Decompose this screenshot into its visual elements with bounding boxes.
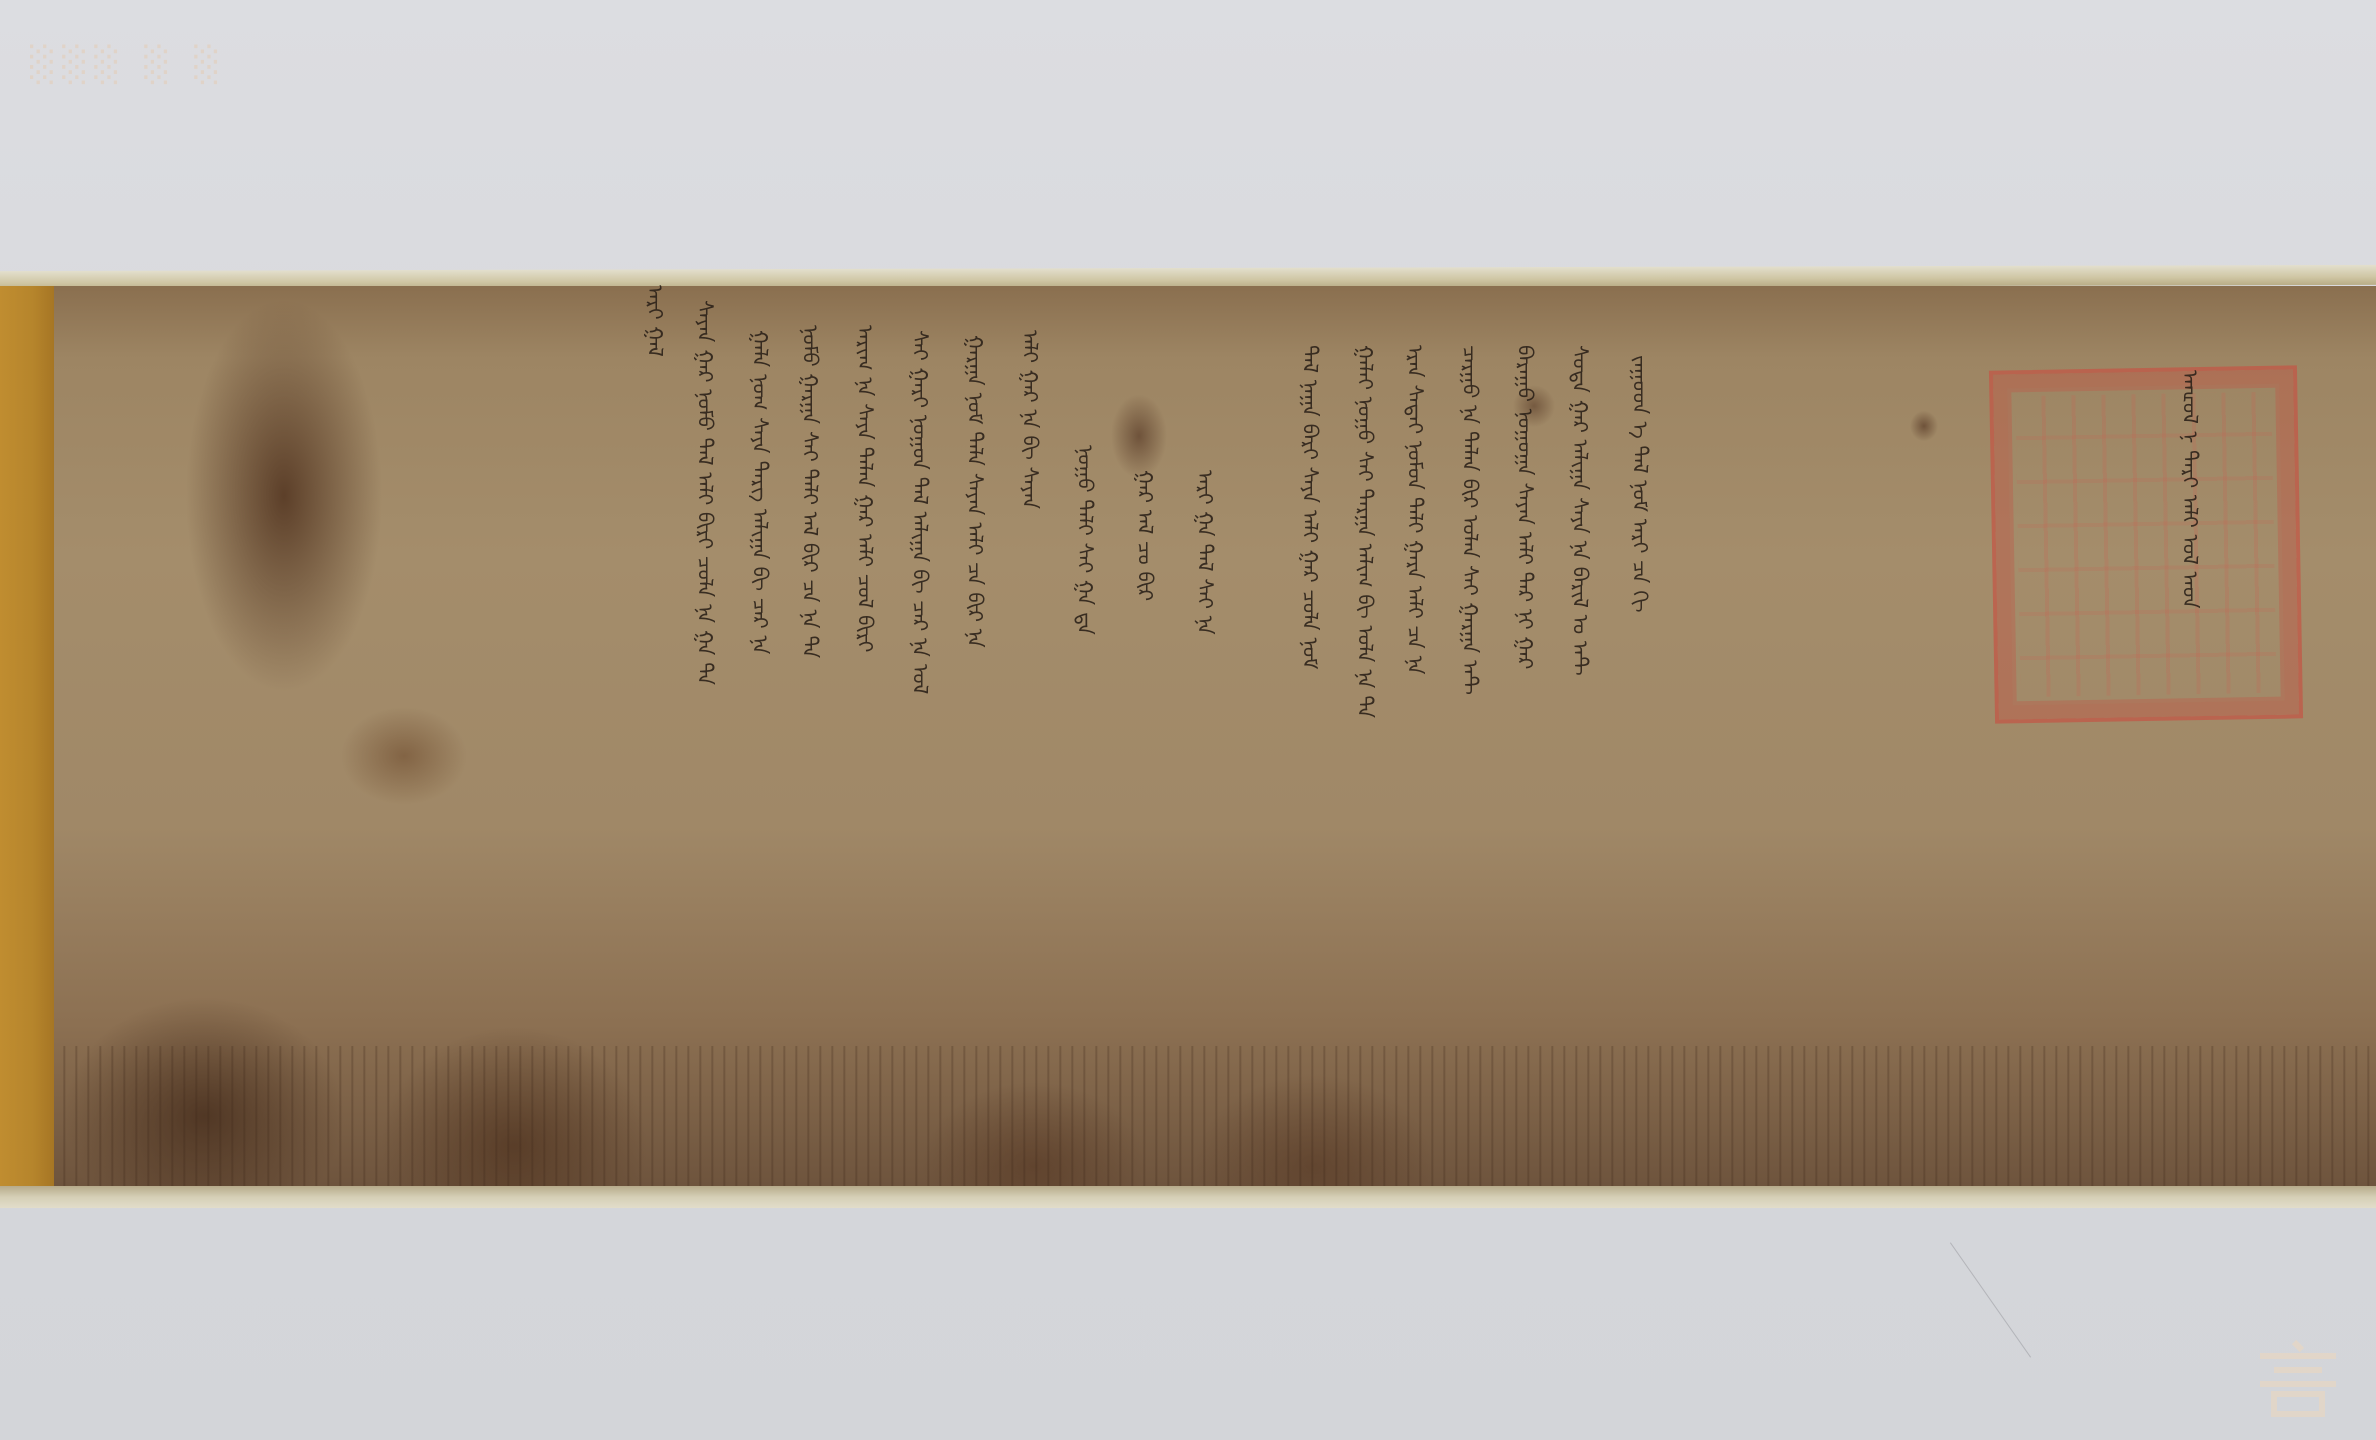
- script-column: ᠨᠣᠮᠤ ᠭᠠᠷᠭᠠ ᠰᠠᠶ ᠳᠠᠯᠢ ᠠᠯ ᠪᠢᠷ ᠴᠠ ᠨᠡ ᠲᠠ: [799, 325, 820, 1135]
- script-column: ᠭᠠᠷ ᠠᠯ ᠴᠤ ᠪᠢᠷ: [1134, 470, 1155, 890]
- script-column: ᠠᡅᠤᠯ ᠨ ᠲᠠᠷᠢ ᠠᠯᠢ ᠤᠯ ᠠᠳ: [2179, 370, 2200, 930]
- script-column: ᠳᠠᠯ ᠨᠠᠭᠠ ᠪᠠᠷᠢ ᠰᠠᠶᠡ ᠠᠯᠢ ᠭᠠᠷ ᠴᠤᠯᠠ ᠨᠣᠮ: [1299, 345, 1320, 1135]
- watermark-top-left: ░░░ ░ ░: [30, 45, 226, 85]
- script-column: ᠰᠣᠳᠠ ᠭᠠᠷ ᠠᠯᠢᠭᠠ ᠰᠠᠶᠠ ᠨᠡ ᠪᠠᠷᠢᠯ ᠣ ᠠᠲ: [1569, 345, 1590, 1085]
- script-column: ᠵᠠᠭᠤᠳ ᠡ ᠳᠠᠯ ᠨᠣᠮ ᠠᠷᠢ ᠴᠠ ᠭᠢ: [1629, 355, 1650, 965]
- script-column: ᠡᠷᠡᠨ ᠰᠡᠳᠡᠶ ᠨᠣᠮᠤᠨ ᠲᠠᠯᠢ ᠭᠠᠷᠠ ᠠᠯᠢ ᠴᠠ ᠨᠡ: [1404, 345, 1425, 1135]
- script-column: ᠠᠯᠢ ᠭᠠᠷ ᠨᠡ ᠪᠢ ᠰᠠᠶᠡᠨ: [1019, 330, 1040, 930]
- script-column: ᠠᠷᠢ ᠭᠠ ᠳᠠᠯ ᠰᠠᠶ ᠨᠡ: [1194, 470, 1215, 900]
- scroll-bottom-edge: [0, 1186, 2376, 1208]
- script-column: ᠭᠠᠯᠠᠶ ᠨᠣᠭᠤ ᠰᠠᠶ ᠳᠠᠷᠭᠠ ᠠᠯᠢᠭ ᠪᠢ ᠣᠯᠠ ᠨᠡ ᠲᠠ: [1354, 345, 1375, 1145]
- seal-script-pattern: [2015, 392, 2276, 697]
- script-column: ᠴᠠᠷᠭᠤ ᠨᠠ ᠳᠠᠯᠠᠨ ᠪᠢᠷ ᠣᠯᠠᠨ ᠰᠠᠶ ᠭᠠᠷᠭᠠ ᠠᠲ: [1459, 345, 1480, 1125]
- script-column: ᠠᠷᠢᠭ ᠨᠠ ᠰᠠᠶᠡ ᠳᠠᠯᠠᠨ ᠭᠠᠷ ᠠᠯᠢ ᠴᠤᠯ ᠪᠢᠷᠢ: [854, 325, 875, 1125]
- script-column: ᠪᠠᠷᠡᠭᠣ ᠨᠣᠭᠤᠭᠠ ᠰᠠᠶᠡᠨ ᠠᠯᠢ ᠲᠠᠷ ᠨᠢ ᠭᠠᠷ: [1514, 345, 1535, 1105]
- silk-mounting-border: [0, 286, 54, 1186]
- script-column: ᠨᠣᠭᠤ ᠲᠠᠯᠢ ᠰᠠᠶ ᠭᠠ ᠳᠠ: [1074, 445, 1095, 945]
- script-column: ᠭᠠᠷᠭᠠ ᠨᠣᠮ ᠳᠠᠯᠠ ᠰᠠᠶᠡᠨ ᠠᠯᠢ ᠴᠠ ᠪᠢᠷ ᠨᠡ: [964, 335, 985, 1095]
- script-column: ᠰᠠᠶ ᠭᠠᠷᠢ ᠨᠣᠭᠤᠨ ᠳᠠᠯ ᠠᠯᠢᠭᠠ ᠪᠢ ᠴᠠᠷ ᠨᠡ ᠣᠯ: [909, 330, 930, 1120]
- script-column: ᠰᠠᠶᠡᠨ ᠭᠠᠷ ᠨᠣᠮᠤ ᠳᠠᠯ ᠠᠯᠢ ᠪᠢᠷᠢ ᠴᠤᠯᠠ ᠨᠡ ᠭᠠ ᠲ…: [694, 300, 715, 1200]
- red-seal-stamp: [1989, 365, 2303, 723]
- watermark-yan-icon: [2250, 1338, 2346, 1418]
- script-column: ᠭᠠᠯᠠ ᠨᠣᠭ ᠰᠠᠶᠡ ᠳᠠᠷᠭ ᠠᠯᠢᠭᠠ ᠪᠢ ᠴᠠᠷ ᠨᠡ: [749, 330, 770, 1130]
- script-column: ᠠᠷᠢ ᠭᠠᠯ: [644, 285, 665, 515]
